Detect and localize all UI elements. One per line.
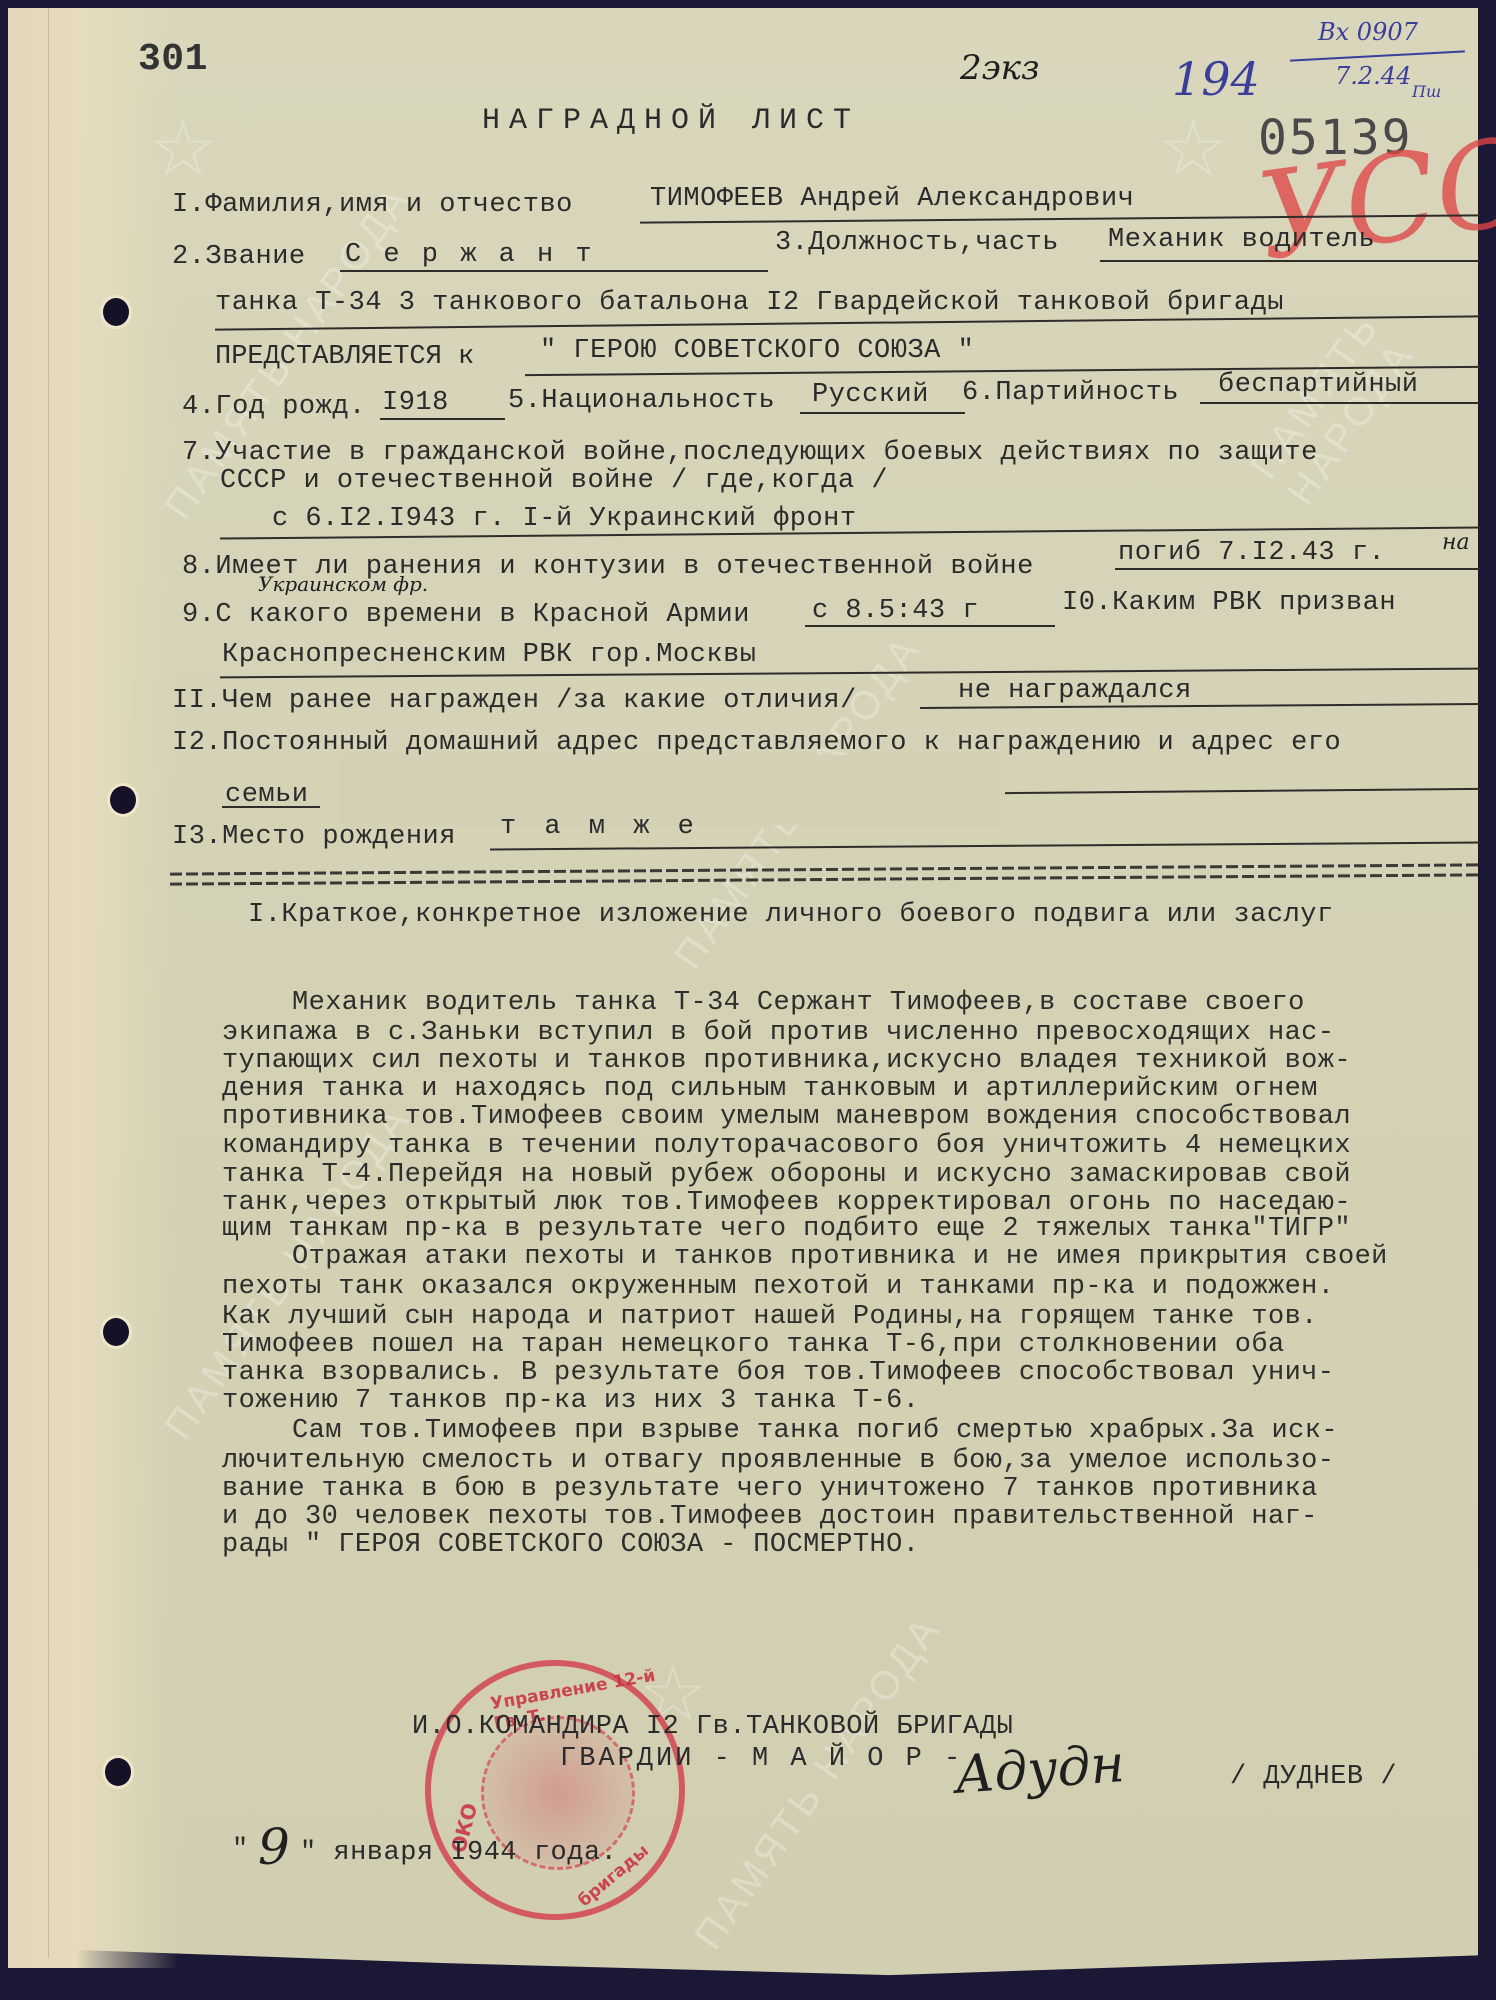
narrative-line: Механик водитель танка Т-34 Сержант Тимо… — [292, 988, 1305, 1018]
handwritten-reg-date: 7.2.44 — [1335, 62, 1411, 90]
narrative-line: танка взорвались. В результате боя тов.Т… — [222, 1358, 1334, 1388]
underline — [1200, 402, 1480, 404]
signatory-position: И.О.КОМАНДИРА I2 Гв.ТАНКОВОЙ БРИГАДЫ — [412, 1712, 1013, 1742]
page-title: НАГРАДНОЙ ЛИСТ — [482, 104, 860, 138]
field-7-value: с 6.I2.I943 г. I-й Украинский фронт — [272, 504, 857, 534]
field-5-label: 5.Национальность — [508, 386, 775, 416]
field-3-value: Механик водитель — [1108, 225, 1375, 255]
field-2-label: 2.Звание — [172, 242, 306, 272]
handwritten-copies-note: 2экз — [960, 48, 1040, 88]
narrative-line: Как лучший сын народа и патриот нашей Ро… — [222, 1302, 1318, 1332]
narrative-line: дения танка и находясь под сильным танко… — [222, 1074, 1318, 1104]
narrative-line: щим танкам пр-ка в результате чего подби… — [222, 1214, 1351, 1244]
field-3-value-continued: танка Т-34 3 танкового батальона I2 Гвар… — [215, 288, 1284, 318]
handwritten-date-day: 9 — [258, 1818, 290, 1876]
punch-hole — [105, 1758, 131, 1786]
underline — [800, 412, 965, 414]
date-month-year: " января I944 года. — [300, 1838, 617, 1868]
underline — [1100, 260, 1480, 262]
underline — [805, 625, 1055, 627]
field-11-value: не награждался — [958, 676, 1192, 706]
binding-fold-line — [48, 8, 49, 1958]
field-6-value: беспартийный — [1218, 370, 1418, 400]
signatory-rank: ГВАРДИИ - М А Й О Р - — [560, 1744, 963, 1774]
field-9-label: 9.С какого времени в Красной Армии — [182, 600, 750, 630]
narrative-line: лючительную смелость и отвагу проявленны… — [222, 1446, 1334, 1476]
narrative-line: вание танка в бою в результате чего унич… — [222, 1474, 1318, 1504]
underline — [1115, 568, 1480, 570]
punch-hole — [103, 298, 129, 326]
field-13-value: т а м ж е — [500, 812, 700, 842]
punch-hole — [103, 1318, 129, 1346]
archive-sheet-number: 301 — [138, 38, 208, 81]
narrative-line: Тимофеев пошел на таран немецкого танка … — [222, 1330, 1285, 1360]
narrative-line: Отражая атаки пехоты и танков противника… — [292, 1242, 1388, 1272]
handwritten-field9-note: Украинском фр. — [258, 572, 428, 596]
field-7-label-continued: СССР и отечественной войне / где,когда / — [220, 466, 888, 496]
handwritten-incoming-number: 194 — [1172, 52, 1260, 106]
narrative-line: пехоты танк оказался окруженным пехотой … — [222, 1272, 1334, 1302]
underline — [380, 418, 505, 420]
nominated-award: " ГЕРОЮ СОВЕТСКОГО СОЮЗА " — [540, 336, 974, 366]
field-1-value: ТИМОФЕЕВ Андрей Александрович — [650, 184, 1134, 214]
narrative-line: тожению 7 танков пр-ка из них 3 танка Т-… — [222, 1386, 919, 1416]
handwritten-field8-note: на — [1442, 530, 1470, 555]
field-9-value: с 8.5:43 г — [812, 596, 979, 626]
signatory-name: / ДУДНЕВ / — [1230, 1762, 1397, 1792]
official-seal: Управление 12-й Гв. Т. ОКО бригады — [425, 1660, 685, 1920]
field-2-value: С е р ж а н т — [345, 240, 595, 270]
field-5-value: Русский — [812, 380, 929, 410]
field-4-value: I918 — [382, 388, 449, 418]
narrative-line: тупающих сил пехоты и танков противника,… — [222, 1046, 1351, 1076]
field-13-label: I3.Место рождения — [172, 822, 456, 852]
underline — [222, 806, 320, 808]
narrative-line: танка Т-4.Перейдя на новый рубеж обороны… — [222, 1160, 1351, 1190]
underline — [340, 270, 768, 272]
date-open-quote: " — [232, 1835, 249, 1865]
punch-hole — [110, 786, 136, 814]
narrative-line: противника тов.Тимофеев своим умелым ман… — [222, 1102, 1351, 1132]
narrative-line: экипажа в с.Заньки вступил в бой против … — [222, 1018, 1334, 1048]
narrative-line: и до 30 человек пехоты тов.Тимофеев дост… — [222, 1502, 1318, 1532]
binding-strip — [8, 8, 178, 1968]
narrative-line: Сам тов.Тимофеев при взрыве танка погиб … — [292, 1416, 1338, 1446]
field-7-label: 7.Участие в гражданской войне,последующи… — [182, 438, 1318, 468]
field-4-label: 4.Год рожд. — [182, 392, 366, 422]
nominated-label: ПРЕДСТАВЛЯЕТСЯ к — [215, 342, 474, 372]
field-12-label: I2.Постоянный домашний адрес представляе… — [172, 728, 1341, 758]
handwritten-reg-number: Вх 0907 — [1318, 18, 1418, 46]
field-3-label: 3.Должность,часть — [775, 228, 1059, 258]
field-1-label: I.Фамилия,имя и отчество — [172, 190, 573, 220]
handwritten-initials: Пш — [1412, 82, 1441, 101]
section-heading: I.Краткое,конкретное изложение личного б… — [248, 900, 1334, 930]
narrative-line: рады " ГЕРОЯ СОВЕТСКОГО СОЮЗА - ПОСМЕРТН… — [222, 1530, 919, 1560]
field-11-label: II.Чем ранее награжден /за какие отличия… — [172, 686, 857, 716]
field-6-label: 6.Партийность — [962, 378, 1179, 408]
field-10-value: Краснопресненским РВК гор.Москвы — [222, 640, 756, 670]
handwritten-signature: Адудн — [953, 1734, 1126, 1806]
field-10-label: I0.Каким РВК призван — [1062, 588, 1396, 618]
narrative-line: командиру танка в течении полуторачасово… — [222, 1131, 1351, 1161]
field-8-value: погиб 7.I2.43 г. — [1118, 538, 1385, 568]
